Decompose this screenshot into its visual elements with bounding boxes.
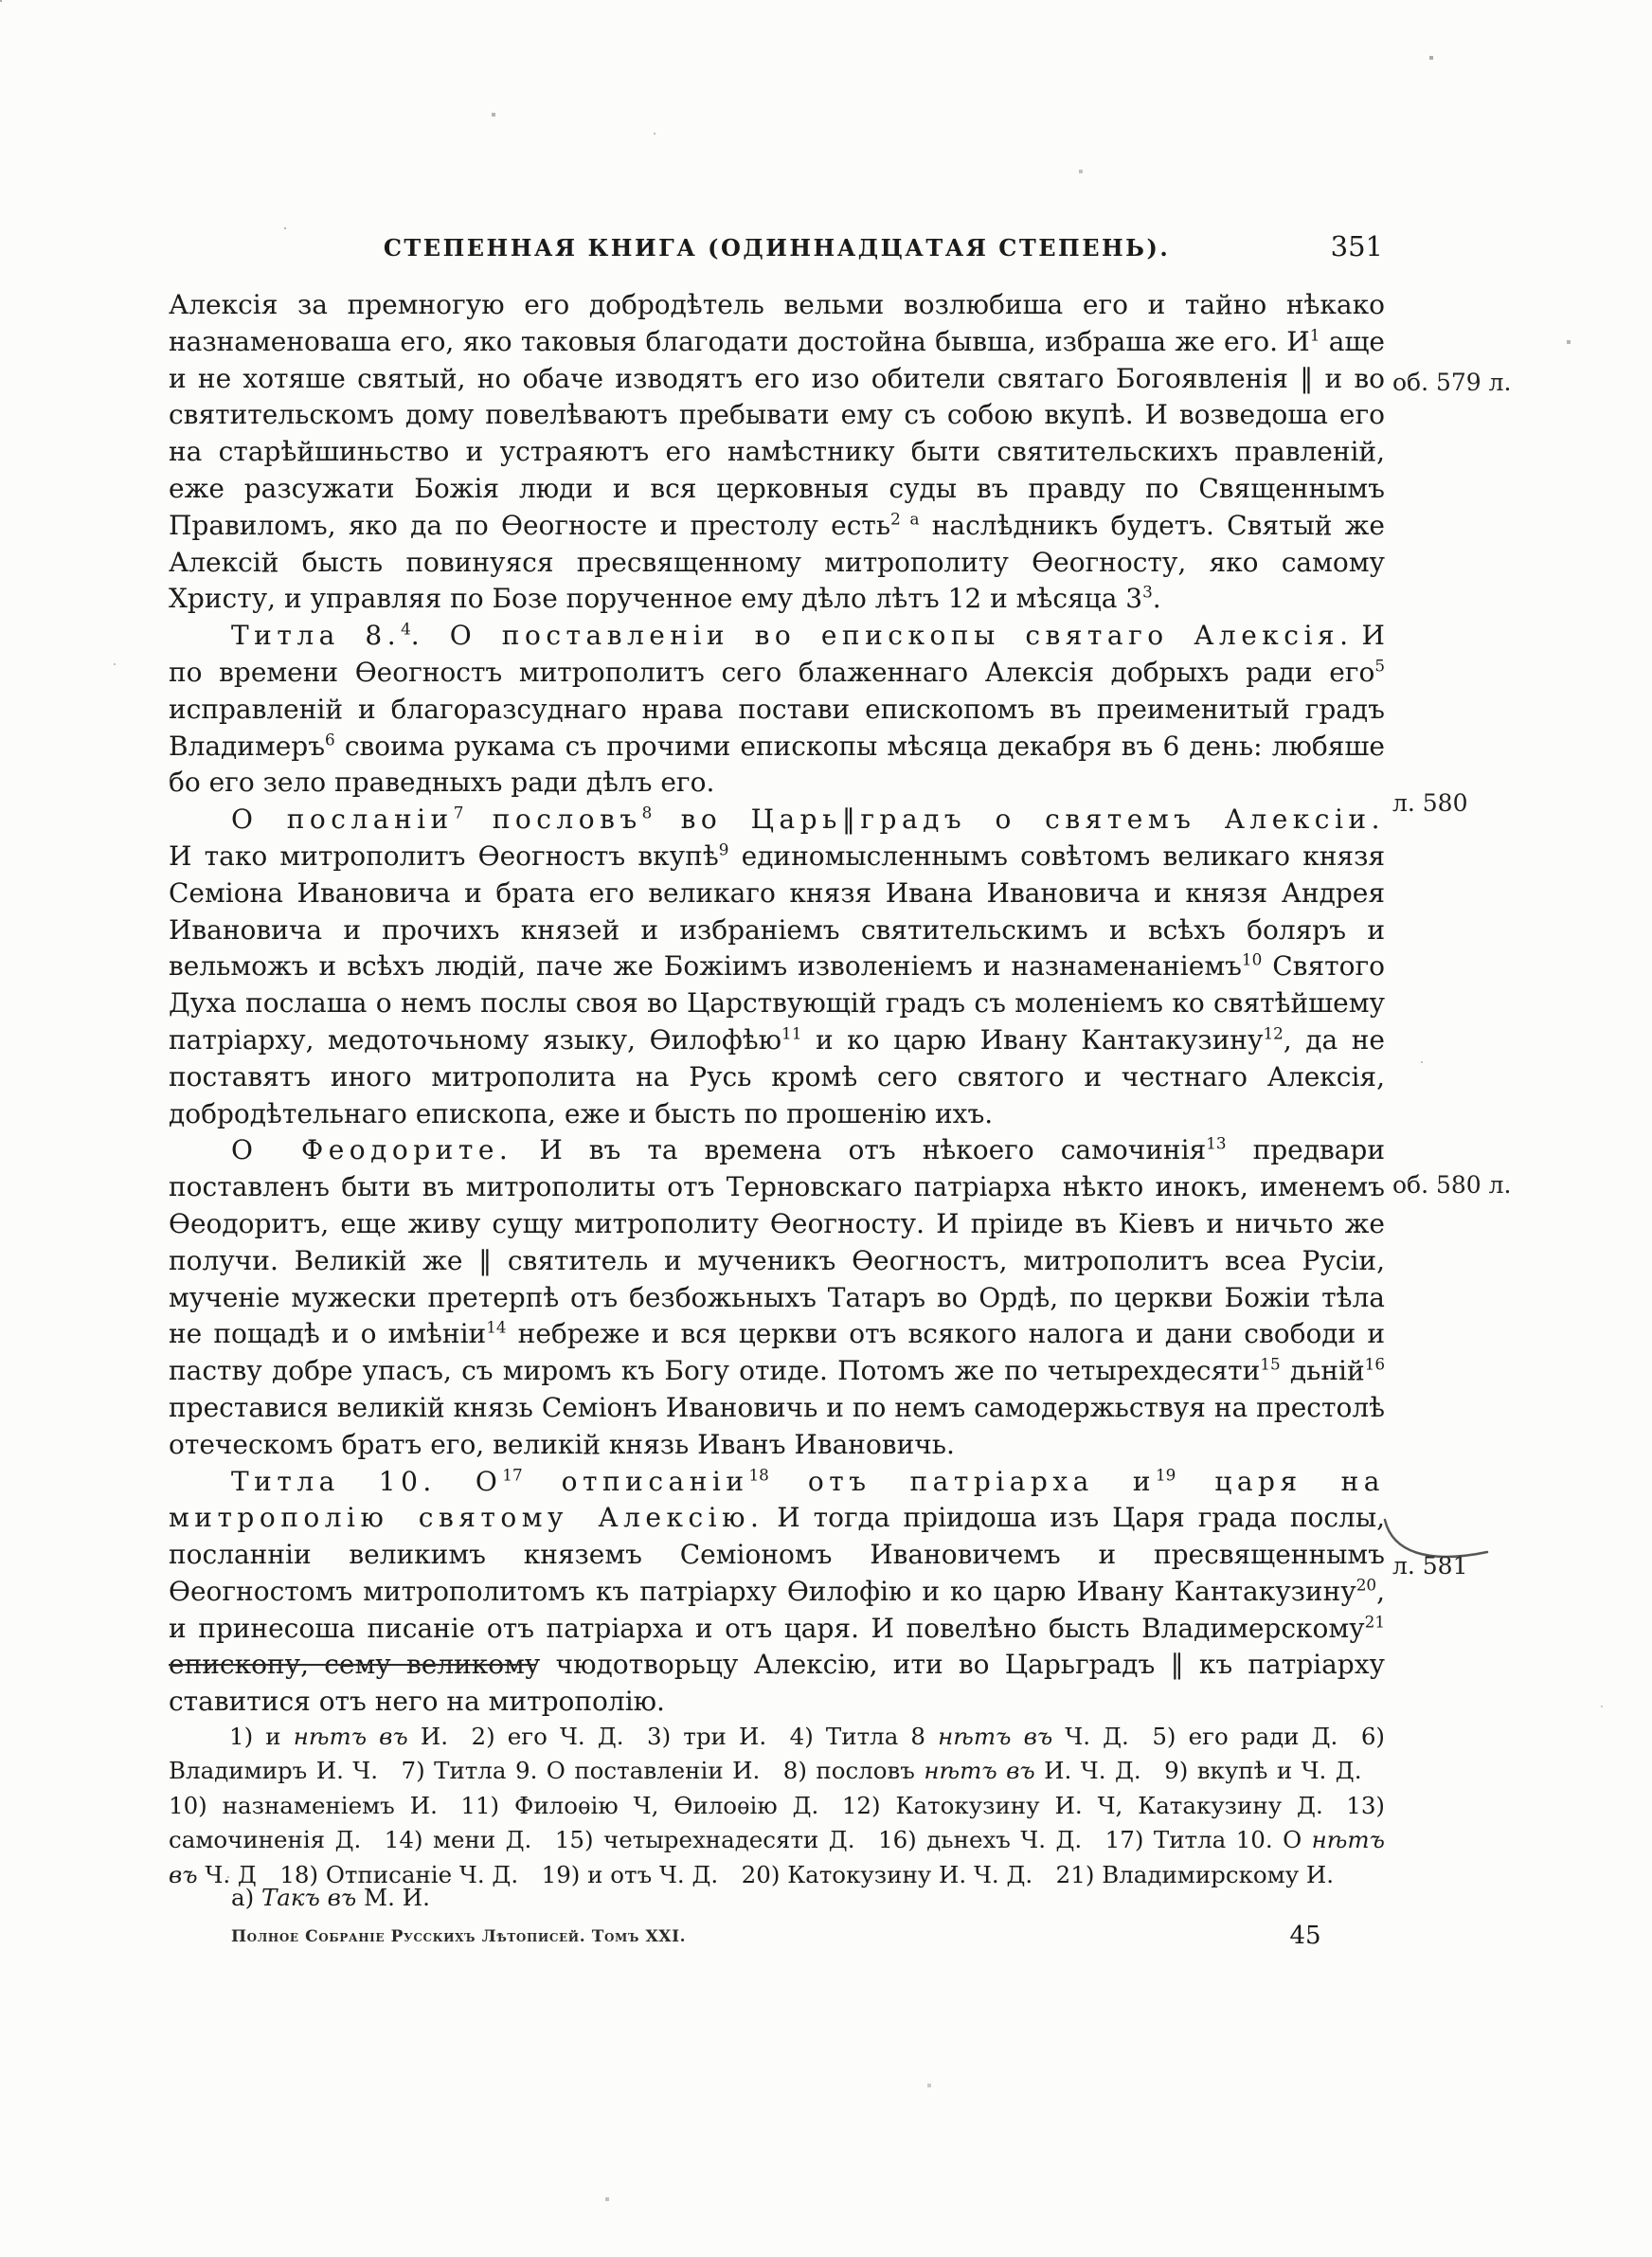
paragraph: Титла 10. О17 отписаніи18 отъ патріарха … — [169, 1464, 1385, 1722]
footnote-reference: 15 — [1260, 1355, 1280, 1374]
footnote-reference: 19 — [1156, 1465, 1176, 1484]
footnote-reference: 8 — [642, 803, 653, 822]
text-segment: И въ та времена отъ нѣкоего самочинія13 … — [169, 1134, 1385, 1459]
series-title: Полное Собраніе Русскихъ Лѣтописей. Томъ… — [231, 1927, 686, 1946]
footnote-reference: 5 — [1374, 657, 1385, 676]
page-number: 351 — [1307, 230, 1383, 262]
footnote-reference: 11 — [781, 1024, 801, 1043]
folio-margin-note: об. 579 л. — [1392, 369, 1652, 397]
heading-segment: Титла 8.4. О поставленіи во епископы свя… — [231, 620, 1353, 651]
footnote-reference: 6 — [325, 730, 335, 749]
footnote-reference: 18 — [748, 1465, 768, 1484]
text-segment: нѣтъ въ — [924, 1757, 1034, 1784]
footnote-reference: 1 — [1310, 325, 1320, 344]
paragraph: О Феодорите. И въ та времена отъ нѣкоего… — [169, 1132, 1385, 1463]
text-segment: нѣтъ въ — [294, 1723, 408, 1750]
footnote-reference: 14 — [486, 1318, 506, 1337]
scan-speckles — [0, 0, 2, 2]
footnote-reference: 4 — [401, 620, 411, 639]
footnote-separator-rule — [169, 1664, 536, 1666]
footnote-reference: 13 — [1206, 1134, 1226, 1153]
folio-margin-note: об. 580 л. — [1392, 1171, 1652, 1200]
page-title: СТЕПЕННАЯ КНИГА (ОДИННАДЦАТАЯ СТЕПЕНЬ). — [169, 234, 1385, 262]
footnote-reference: 20 — [1356, 1576, 1376, 1595]
footnote-reference: 12 — [1263, 1024, 1283, 1043]
footnote-reference: 9 — [719, 840, 729, 859]
text-segment: И тогда пріидоша изъ Царя града послы, п… — [169, 1502, 1385, 1717]
footnotes-block: 1) и нѣтъ въ И. 2) его Ч. Д. 3) три И. 4… — [169, 1720, 1385, 1893]
text-segment: а) — [231, 1884, 261, 1911]
text-segment: И тако митрополитъ Ѳеогностъ вкупѣ9 един… — [169, 840, 1385, 1129]
folio-margin-note: л. 580 — [1392, 789, 1652, 818]
heading-segment: О Феодорите. — [231, 1134, 512, 1165]
footnote-reference: 2 а — [890, 509, 919, 528]
text-segment: нѣтъ въ — [938, 1723, 1052, 1750]
note-a: а) Такъ въ М. И. — [231, 1884, 430, 1911]
paragraph: О посланіи7 пословъ8 во Царь‖градъ о свя… — [169, 802, 1385, 1132]
pen-mark — [1375, 1512, 1499, 1579]
paragraph: Титла 8.4. О поставленіи во епископы свя… — [169, 618, 1385, 802]
footnote-reference: 21 — [1365, 1612, 1385, 1631]
text-segment: 1) и — [229, 1723, 294, 1750]
text-segment: М. И. — [356, 1884, 430, 1911]
text-segment: Такъ въ — [261, 1884, 356, 1911]
paragraph: Алексія за премногую его добродѣтель вел… — [169, 287, 1385, 618]
footnote-reference: 16 — [1365, 1355, 1385, 1374]
text-segment: И. 2) его Ч. Д. 3) три И. 4) Титла 8 — [408, 1723, 938, 1750]
main-text-block: Алексія за премногую его добродѣтель вел… — [169, 287, 1385, 1721]
scanned-book-page: { "page": { "header": { "title": "СТЕПЕН… — [0, 0, 1652, 2257]
footnote-reference: 10 — [1242, 950, 1262, 969]
heading-segment: О посланіи7 пословъ8 во Царь‖градъ о свя… — [231, 803, 1385, 835]
footnote-reference: 7 — [454, 803, 464, 822]
text-segment: Алексія за премногую его добродѣтель вел… — [169, 289, 1385, 614]
footnote-reference: 17 — [502, 1465, 522, 1484]
footnote-reference: 3 — [1142, 583, 1153, 602]
sheet-signature: 45 — [1267, 1922, 1343, 1950]
